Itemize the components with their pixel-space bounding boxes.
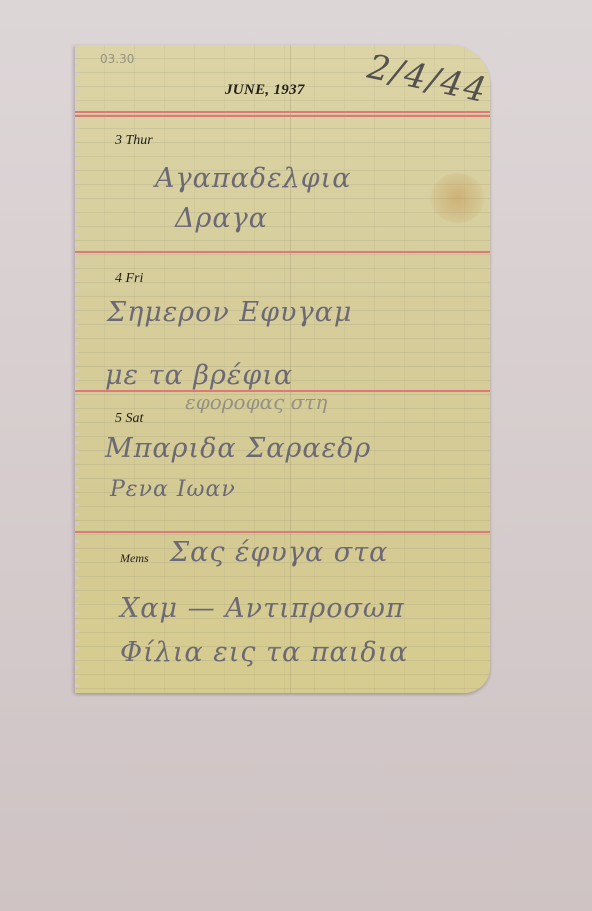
stain [430,173,485,223]
entry-text: Μπαριδα Σαραεδρ [105,433,371,464]
entry-text: Αγαπαδελφια [155,163,351,194]
archive-number: 03.30 [100,52,134,66]
entry-text: Δραγα [175,203,268,234]
diary-page: 03.30 JUNE, 1937 2/4/44 3 Thur Αγαπαδελφ… [75,45,490,693]
day-label-thursday: 3 Thur [115,133,153,149]
day-label-saturday: 5 Sat [115,411,143,427]
header-rule [75,111,490,113]
entry-text: Σημερον Εφυγαμ [107,297,352,328]
page-header-month-year: JUNE, 1937 [225,82,305,99]
torn-edge [75,45,79,693]
mems-label: Mems [120,551,149,566]
entry-text: Φίλια εις τα παιδια [120,637,408,668]
day-label-friday: 4 Fri [115,271,143,287]
header-rule-2 [75,115,490,117]
entry-text: Χαμ — Αντιπροσωπ [120,593,405,624]
day-rule [75,531,490,533]
entry-text: Σας έφυγα στα [170,537,388,568]
entry-text: με τα βρέφια [105,360,293,391]
entry-text: Ρενα Ιωαν [110,477,236,502]
entry-text-faint: εφοροφας στη [185,390,327,414]
day-rule [75,251,490,253]
